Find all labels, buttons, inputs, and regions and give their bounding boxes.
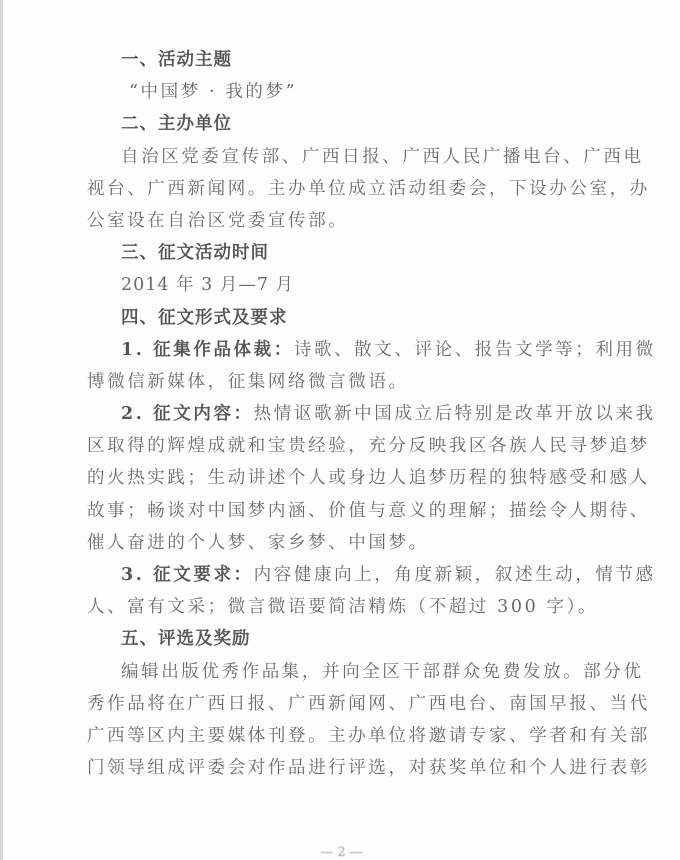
item-text: 内容健康向上，角度新颖，叙述生动，情节感 — [254, 565, 656, 585]
paragraph-line: 的火热实践；生动讲述个人或身边人追梦历程的独特感受和感人 — [87, 462, 587, 494]
section-heading-time: 三、征文活动时间 — [87, 237, 587, 269]
item-lead: 1. 征集作品体裁： — [121, 340, 294, 360]
item-content: 2. 征文内容：热情讴歌新中国成立后特别是改革开放以来我 — [87, 398, 587, 430]
paragraph-line: 故事；畅谈对中国梦内涵、价值与意义的理解；描绘令人期待、 — [87, 495, 587, 527]
paragraph-line: 区取得的辉煌成就和宝贵经验，充分反映我区各族人民寻梦追梦 — [87, 430, 587, 462]
activity-date: 2014 年 3 月—7 月 — [87, 269, 587, 301]
section-heading-organizers: 二、主办单位 — [87, 108, 587, 140]
paragraph-line: 公室设在自治区党委宣传部。 — [87, 205, 587, 237]
paragraph-line: 编辑出版优秀作品集，并向全区干部群众免费发放。部分优 — [87, 656, 587, 688]
paragraph-line: 博微信新媒体，征集网络微言微语。 — [87, 366, 587, 398]
document-body: 一、活动主题 “中国梦 · 我的梦” 二、主办单位 自治区党委宣传部、广西日报、… — [87, 44, 587, 784]
paragraph-line: 人、富有文采；微言微语要简洁精炼（不超过 300 字）。 — [87, 591, 587, 623]
paragraph-line: 催人奋进的个人梦、家乡梦、中国梦。 — [87, 527, 587, 559]
item-lead: 3. 征文要求： — [121, 565, 254, 585]
paragraph-line: 广西等区内主要媒体刊登。主办单位将邀请专家、学者和有关部 — [87, 720, 587, 752]
document-page: 一、活动主题 “中国梦 · 我的梦” 二、主办单位 自治区党委宣传部、广西日报、… — [0, 0, 680, 860]
item-text: 诗歌、散文、评论、报告文学等；利用微 — [294, 340, 656, 360]
paragraph-line: 秀作品将在广西日报、广西新闻网、广西电台、南国早报、当代 — [87, 688, 587, 720]
paragraph-line: 视台、广西新闻网。主办单位成立活动组委会，下设办公室，办 — [87, 173, 587, 205]
section-heading-format: 四、征文形式及要求 — [87, 302, 587, 334]
item-lead: 2. 征文内容： — [121, 404, 254, 424]
item-genre: 1. 征集作品体裁：诗歌、散文、评论、报告文学等；利用微 — [87, 334, 587, 366]
item-text: 热情讴歌新中国成立后特别是改革开放以来我 — [254, 404, 656, 424]
paragraph-line: 门领导组成评委会对作品进行评选，对获奖单位和个人进行表彰 — [87, 752, 587, 784]
section-heading-awards: 五、评选及奖励 — [87, 623, 587, 655]
theme-text: “中国梦 · 我的梦” — [87, 76, 587, 108]
page-number: — 2 — — [3, 845, 680, 860]
item-requirements: 3. 征文要求：内容健康向上，角度新颖，叙述生动，情节感 — [87, 559, 587, 591]
section-heading-theme: 一、活动主题 — [87, 44, 587, 76]
paragraph-line: 自治区党委宣传部、广西日报、广西人民广播电台、广西电 — [87, 141, 587, 173]
